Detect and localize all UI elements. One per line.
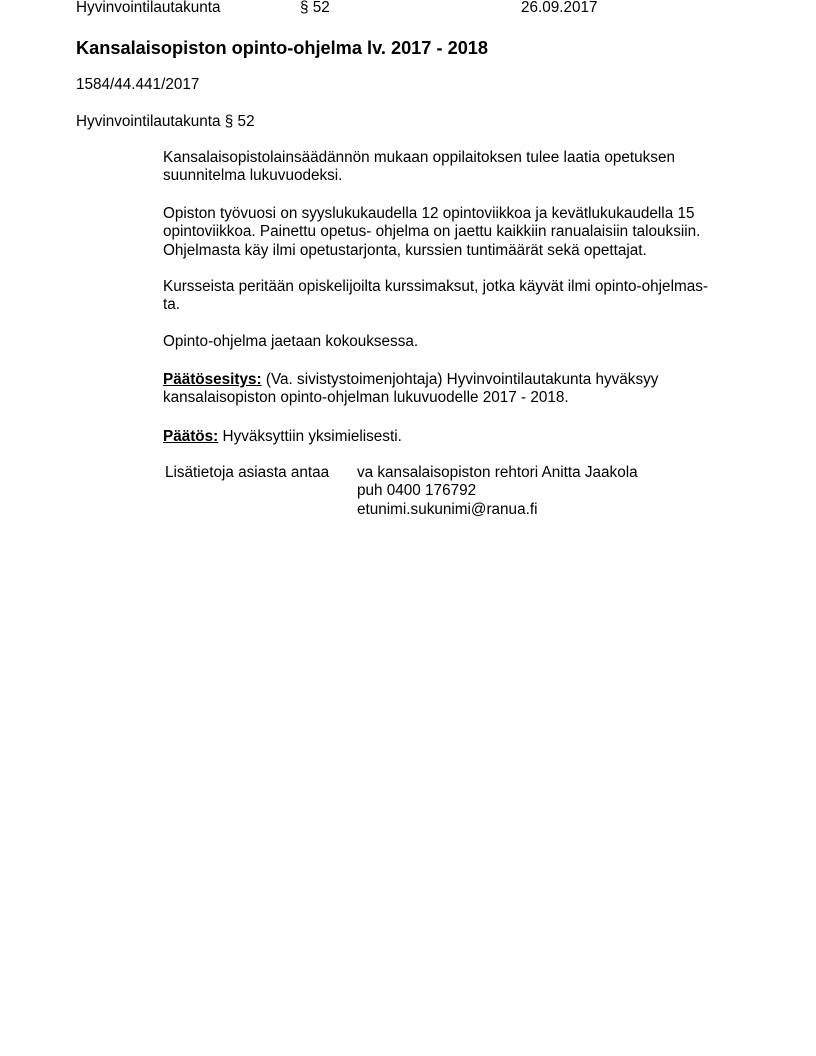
paragraph-line: Kursseista peritään opiskelijoilta kurss… — [163, 278, 743, 296]
proposal-text-cont: kansalaisopiston opinto-ohjelman lukuvuo… — [163, 389, 743, 407]
paragraph-line: opintoviikkoa. Painettu opetus- ohjelma … — [163, 223, 743, 241]
decision-text: Hyväksyttiin yksimielisesti. — [218, 428, 402, 445]
paragraph-course-fees: Kursseista peritään opiskelijoilta kurss… — [163, 278, 743, 315]
decision-label: Päätös: — [163, 428, 218, 445]
paragraph-working-year: Opiston työvuosi on syyslukukaudella 12 … — [163, 205, 743, 260]
section-reference: Hyvinvointilautakunta § 52 — [76, 113, 255, 131]
proposal-label: Päätösesitys: — [163, 371, 262, 388]
paragraph-line: Opinto-ohjelma jaetaan kokouksessa. — [163, 333, 743, 351]
decision-proposal: Päätösesitys: (Va. sivistystoimenjohtaja… — [163, 371, 743, 408]
paragraph-line: Opiston työvuosi on syyslukukaudella 12 … — [163, 205, 743, 223]
contact-email: etunimi.sukunimi@ranua.fi — [357, 501, 638, 519]
diary-number: 1584/44.441/2017 — [76, 76, 199, 94]
paragraph-distribution: Opinto-ohjelma jaetaan kokouksessa. — [163, 333, 743, 351]
paragraph-line: suunnitelma lukuvuodeksi. — [163, 167, 743, 185]
contact-phone: puh 0400 176792 — [357, 482, 638, 500]
paragraph-legislation: Kansalaisopistolainsäädännön mukaan oppi… — [163, 149, 743, 186]
contact-name: va kansalaisopiston rehtori Anitta Jaako… — [357, 464, 638, 482]
header-section-number: § 52 — [300, 0, 330, 17]
decision: Päätös: Hyväksyttiin yksimielisesti. — [163, 428, 743, 446]
paragraph-line: ta. — [163, 296, 743, 314]
contact-label: Lisätietoja asiasta antaa — [165, 464, 329, 482]
header-committee: Hyvinvointilautakunta — [76, 0, 221, 17]
paragraph-line: Ohjelmasta käy ilmi opetustarjonta, kurs… — [163, 242, 743, 260]
proposal-text: (Va. sivistystoimenjohtaja) Hyvinvointil… — [262, 371, 659, 388]
document-title: Kansalaisopiston opinto-ohjelma lv. 2017… — [76, 37, 488, 59]
contact-info: va kansalaisopiston rehtori Anitta Jaako… — [357, 464, 638, 519]
paragraph-line: Kansalaisopistolainsäädännön mukaan oppi… — [163, 149, 743, 167]
header-date: 26.09.2017 — [521, 0, 598, 17]
